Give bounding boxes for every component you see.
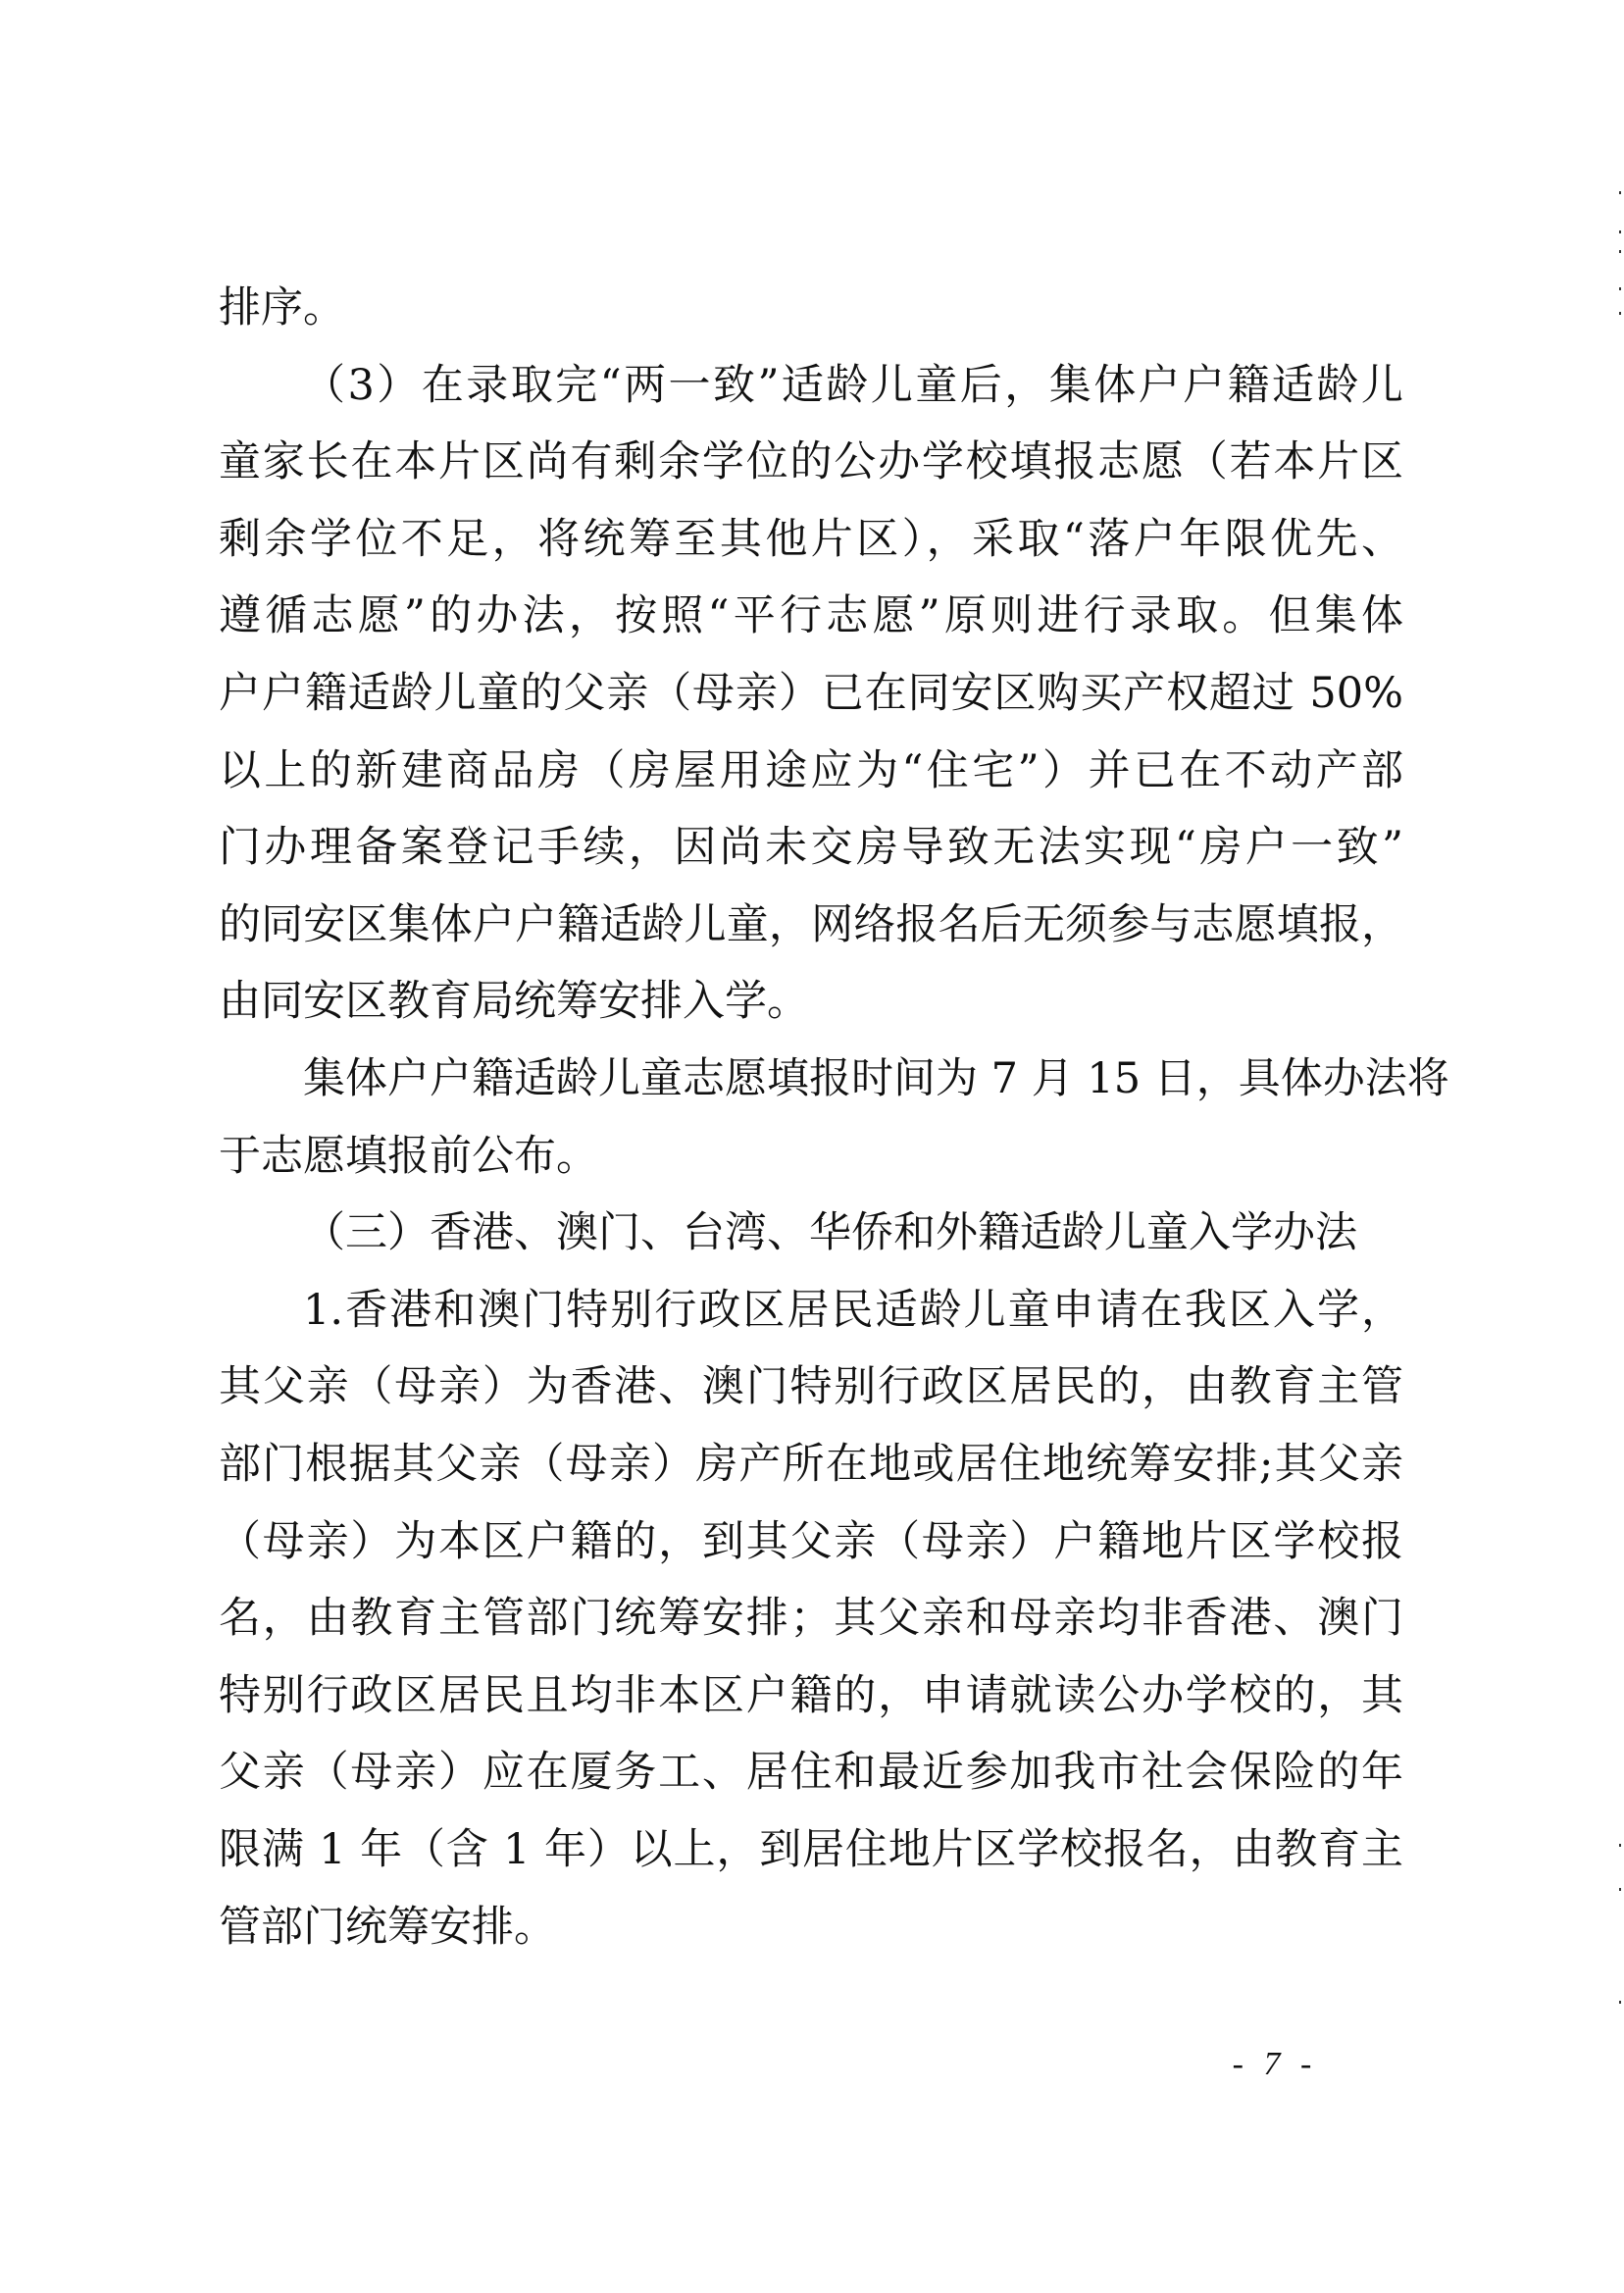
paragraph-3-line: 的同安区集体户户籍适龄儿童，网络报名后无须参与志愿填报， bbox=[219, 887, 1403, 964]
paragraph-3-line: 门办理备案登记手续，因尚未交房导致无法实现“房户一致” bbox=[219, 809, 1403, 887]
scan-mark bbox=[1619, 2001, 1621, 2004]
schedule-paragraph-line: 集体户户籍适龄儿童志愿填报时间为 7 月 15 日，具体办法将 bbox=[219, 1041, 1403, 1118]
scan-mark bbox=[1619, 250, 1621, 253]
page-number: - 7 - bbox=[1216, 2040, 1334, 2089]
item-1-line: 管部门统筹安排。 bbox=[219, 1889, 1403, 1966]
item-1-line: 特别行政区居民且均非本区户籍的，申请就读公办学校的，其 bbox=[219, 1657, 1403, 1735]
paragraph-3-line: 剩余学位不足，将统筹至其他片区），采取“落户年限优先、 bbox=[219, 501, 1403, 579]
item-1-line: （母亲）为本区户籍的，到其父亲（母亲）户籍地片区学校报 bbox=[219, 1503, 1403, 1581]
paragraph-3-line: （3）在录取完“两一致”适龄儿童后，集体户户籍适龄儿 bbox=[219, 347, 1403, 425]
paragraph-3-line: 由同安区教育局统筹安排入学。 bbox=[219, 963, 1403, 1041]
item-1-line: 限满 1 年（含 1 年）以上，到居住地片区学校报名，由教育主 bbox=[219, 1811, 1403, 1889]
text-line: 排序。 bbox=[219, 270, 1403, 347]
paragraph-3-line: 童家长在本片区尚有剩余学位的公办学校填报志愿（若本片区 bbox=[219, 424, 1403, 501]
scan-mark bbox=[1619, 230, 1621, 233]
scan-mark bbox=[1619, 1844, 1621, 1847]
scan-mark bbox=[1619, 191, 1621, 194]
scan-mark bbox=[1619, 1888, 1621, 1891]
item-1-line: 部门根据其父亲（母亲）房产所在地或居住地统筹安排;其父亲 bbox=[219, 1426, 1403, 1503]
scan-mark bbox=[1619, 287, 1621, 290]
item-1-line: 父亲（母亲）应在厦务工、居住和最近参加我市社会保险的年 bbox=[219, 1734, 1403, 1811]
paragraph-3-line: 遵循志愿”的办法，按照“平行志愿”原则进行录取。但集体 bbox=[219, 578, 1403, 655]
item-1-line: 名，由教育主管部门统筹安排；其父亲和母亲均非香港、澳门 bbox=[219, 1580, 1403, 1657]
section-heading: （三）香港、澳门、台湾、华侨和外籍适龄儿童入学办法 bbox=[219, 1195, 1403, 1272]
paragraph-3-line: 户户籍适龄儿童的父亲（母亲）已在同安区购买产权超过 50% bbox=[219, 655, 1403, 733]
item-1-line: 其父亲（母亲）为香港、澳门特别行政区居民的，由教育主管 bbox=[219, 1349, 1403, 1426]
schedule-paragraph-line: 于志愿填报前公布。 bbox=[219, 1118, 1403, 1196]
document-page: 排序。 （3）在录取完“两一致”适龄儿童后，集体户户籍适龄儿 童家长在本片区尚有… bbox=[0, 0, 1624, 2293]
paragraph-3-line: 以上的新建商品房（房屋用途应为“住宅”）并已在不动产部 bbox=[219, 733, 1403, 810]
scan-mark bbox=[1619, 312, 1621, 315]
item-1-line: 1.香港和澳门特别行政区居民适龄儿童申请在我区入学， bbox=[219, 1272, 1403, 1350]
